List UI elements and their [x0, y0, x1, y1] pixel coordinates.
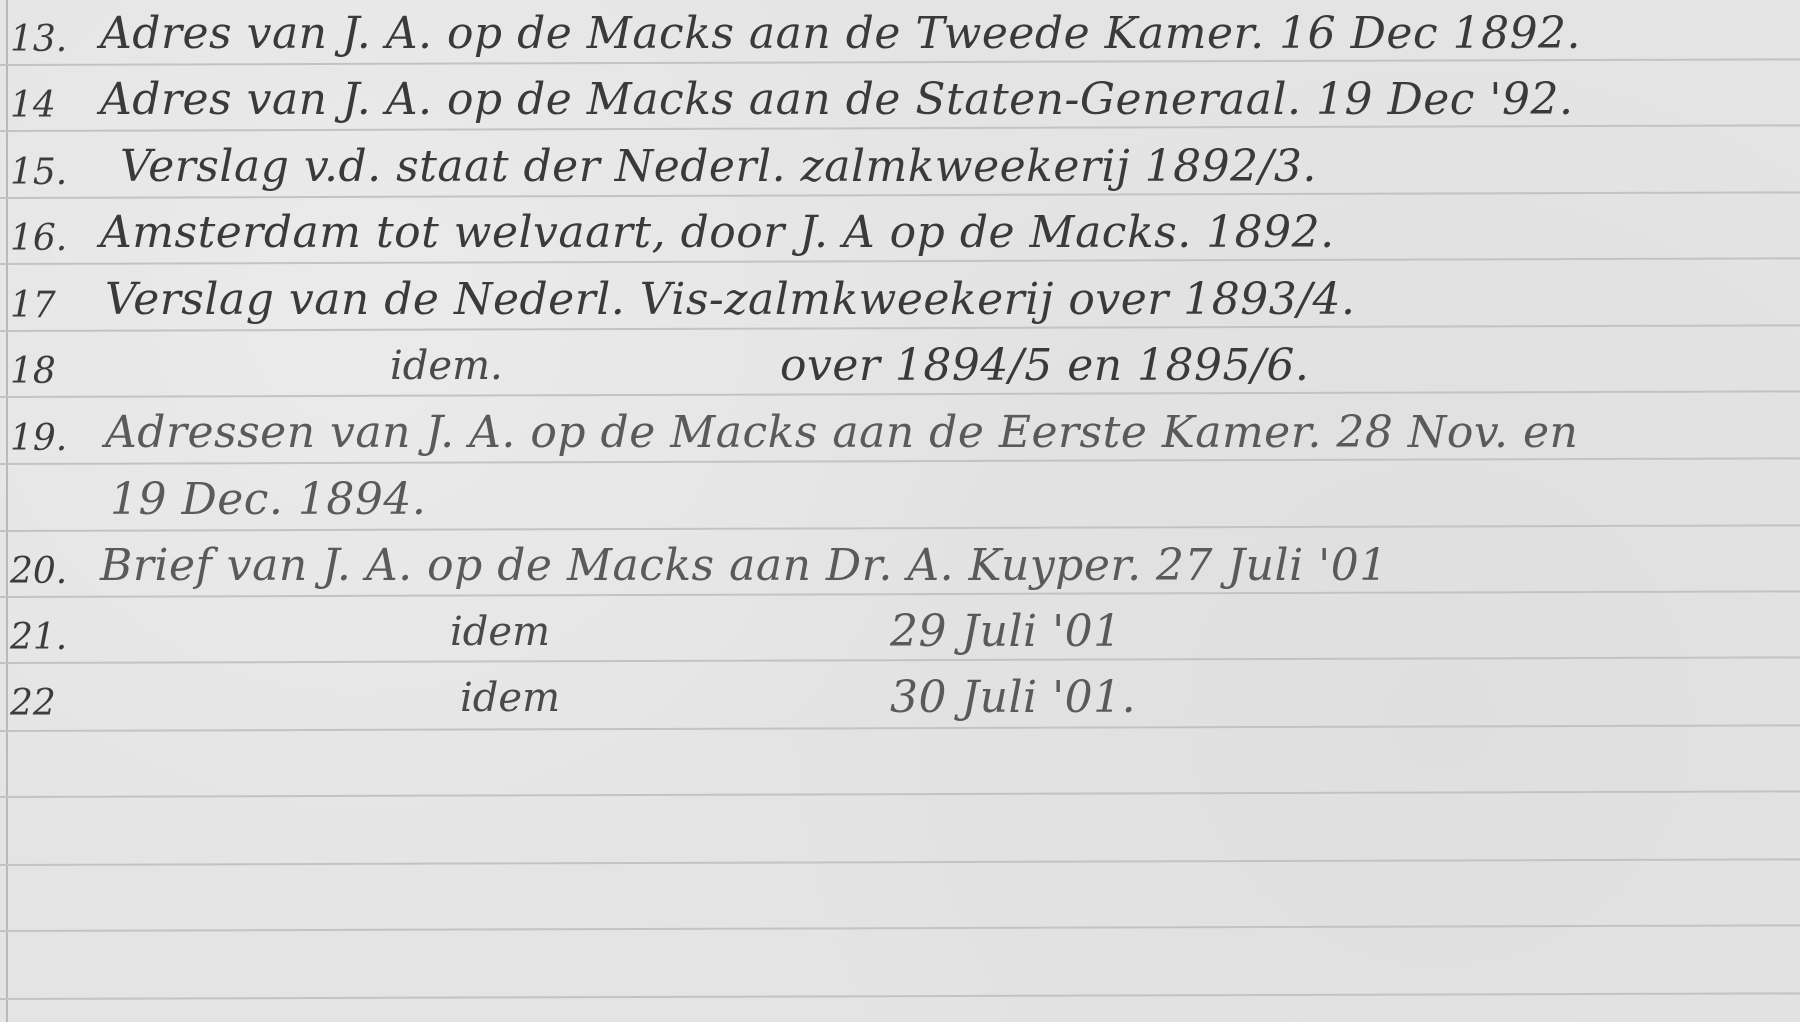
ledger-page: 13. Adres van J. A. op de Macks aan de T… — [0, 0, 1800, 1022]
ditto-mark: idem — [460, 674, 560, 722]
entry-number: 21. — [10, 618, 67, 658]
ditto-mark: idem — [450, 608, 550, 656]
ledger-entry-20: 20. Brief van J. A. op de Macks aan Dr. … — [0, 532, 1800, 598]
entry-number: 16. — [10, 219, 67, 259]
entry-text: 29 Juli '01 — [890, 608, 1122, 656]
ruled-line — [0, 790, 1800, 798]
entry-text: Verslag van de Nederl. Vis-zalmkweekerij… — [105, 276, 1356, 324]
entry-text: Verslag v.d. staat der Nederl. zalmkweek… — [120, 143, 1317, 191]
ledger-entry-18: 18 idem. over 1894/5 en 1895/6. — [0, 332, 1800, 398]
entry-number: 22 — [10, 684, 56, 724]
ledger-entry-15: 15. Verslag v.d. staat der Nederl. zalmk… — [0, 133, 1800, 199]
entry-text: Adres van J. A. op de Macks aan de Tweed… — [100, 10, 1581, 58]
entry-number: 19. — [10, 419, 67, 459]
entry-number: 17 — [10, 286, 56, 326]
ledger-entry-13: 13. Adres van J. A. op de Macks aan de T… — [0, 0, 1800, 66]
ledger-entry-19: 19. Adressen van J. A. op de Macks aan d… — [0, 399, 1800, 465]
entry-text: Adressen van J. A. op de Macks aan de Ee… — [105, 409, 1578, 457]
ruled-line — [0, 992, 1800, 1000]
ledger-entry-22: 22 idem 30 Juli '01. — [0, 664, 1800, 730]
entry-number: 18 — [10, 352, 56, 392]
ruled-line — [0, 858, 1800, 866]
entry-number: 20. — [10, 552, 67, 592]
entry-number: 13. — [10, 20, 67, 60]
entry-text: 30 Juli '01. — [890, 674, 1136, 722]
entry-text: Amsterdam tot welvaart, door J. A op de … — [100, 209, 1335, 257]
entry-number: 15. — [10, 153, 67, 193]
entry-number: 14 — [10, 86, 56, 126]
ditto-mark: idem. — [390, 342, 503, 390]
ledger-entry-21: 21. idem 29 Juli '01 — [0, 598, 1800, 664]
ledger-entry-14: 14 Adres van J. A. op de Macks aan de St… — [0, 66, 1800, 132]
ledger-entry-16: 16. Amsterdam tot welvaart, door J. A op… — [0, 199, 1800, 265]
ruled-line — [0, 924, 1800, 932]
ledger-entry-17: 17 Verslag van de Nederl. Vis-zalmkweeke… — [0, 266, 1800, 332]
ledger-entry-19-continuation: 19 Dec. 1894. — [0, 466, 1800, 532]
entry-text: over 1894/5 en 1895/6. — [780, 342, 1309, 390]
entry-text: Brief van J. A. op de Macks aan Dr. A. K… — [100, 542, 1388, 590]
entry-text: Adres van J. A. op de Macks aan de State… — [100, 76, 1574, 124]
entry-continuation: 19 Dec. 1894. — [110, 476, 426, 524]
